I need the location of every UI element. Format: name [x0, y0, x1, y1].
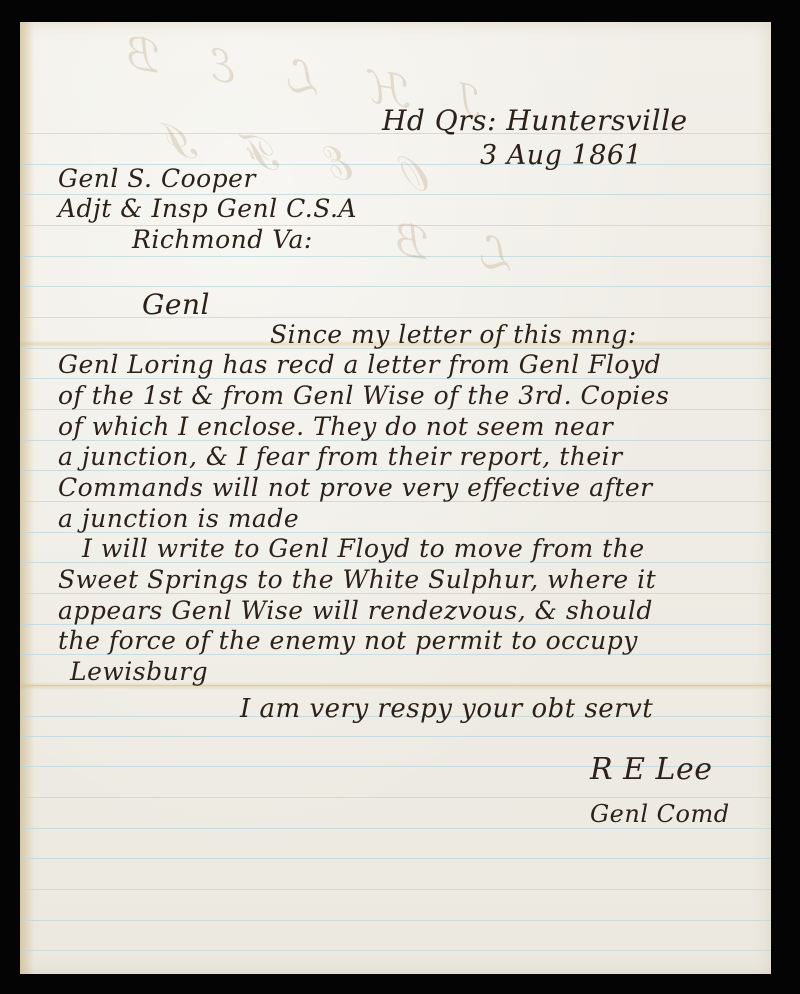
addressee-name: Genl S. Cooper: [58, 164, 256, 193]
body-line: the force of the enemy not permit to occ…: [58, 626, 638, 655]
body-line: I will write to Genl Floyd to move from …: [82, 534, 645, 563]
body-line: Sweet Springs to the White Sulphur, wher…: [58, 565, 656, 594]
signature-name: R E Lee: [590, 752, 713, 787]
letter-date: 3 Aug 1861: [480, 140, 642, 171]
show-through-ink: ℒ ℬ: [377, 213, 517, 282]
ruled-line: [20, 736, 771, 737]
addressee-location: Richmond Va:: [132, 225, 313, 254]
closing: I am very respy your obt servt: [240, 694, 653, 724]
ruled-line: [20, 920, 771, 921]
ruled-line: [20, 317, 771, 318]
letter-place: Hd Qrs: Huntersville: [382, 104, 688, 137]
salutation: Genl: [142, 288, 210, 321]
body-line: Lewisburg: [70, 657, 208, 686]
ruled-line: [20, 286, 771, 287]
signature-title: Genl Comd: [590, 800, 730, 828]
body-line: of which I enclose. They do not seem nea…: [58, 412, 613, 441]
letter-paper: ℐ ℋ ℒ ℰ ℬ 𝒪 ℰ ℱ ℐ ℒ ℬ Hd Qrs: Huntersvil…: [20, 22, 771, 974]
ruled-line: [20, 828, 771, 829]
body-line: appears Genl Wise will rendezvous, & sho…: [58, 596, 653, 625]
ruled-line: [20, 889, 771, 890]
ruled-line: [20, 858, 771, 859]
body-line: Genl Loring has recd a letter from Genl …: [58, 350, 661, 379]
ruled-line: [20, 950, 771, 951]
body-line: Since my letter of this mng:: [270, 320, 637, 349]
body-line: a junction, & I fear from their report, …: [58, 442, 623, 471]
body-line: a junction is made: [58, 504, 299, 533]
body-line: of the 1st & from Genl Wise of the 3rd. …: [58, 381, 669, 410]
body-line: Commands will not prove very effective a…: [58, 473, 653, 502]
addressee-title: Adjt & Insp Genl C.S.A: [58, 194, 357, 223]
ruled-line: [20, 797, 771, 798]
